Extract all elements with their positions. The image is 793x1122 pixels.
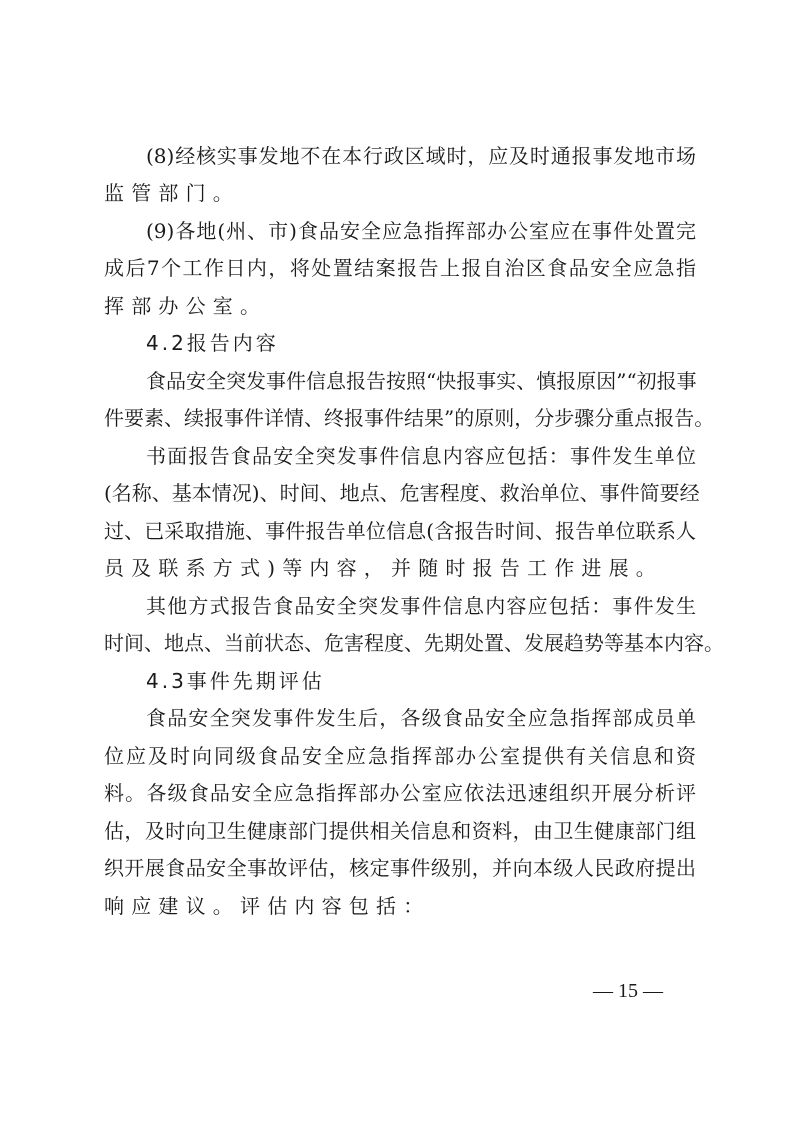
paragraph-4-2-1-line-2: 件要素、续报事件详情、终报事件结果”的原则，分步骤分重点报告。 bbox=[104, 403, 696, 433]
paragraph-item-8-line-1: (8)经核实事发地不在本行政区域时，应及时通报事发地市场 bbox=[146, 141, 696, 171]
paragraph-4-2-2-line-4: 员及联系方式)等内容，并随时报告工作进展。 bbox=[104, 553, 696, 583]
paragraph-4-2-3-line-1: 其他方式报告食品安全突发事件信息内容应包括：事件发生 bbox=[146, 591, 696, 621]
paragraph-4-3-1-line-1: 食品安全突发事件发生后，各级食品安全应急指挥部成员单 bbox=[146, 703, 696, 733]
paragraph-item-9-line-3: 挥部办公室。 bbox=[104, 291, 696, 321]
paragraph-item-9-line-1: (9)各地(州、市)食品安全应急指挥部办公室应在事件处置完 bbox=[146, 216, 696, 246]
paragraph-4-3-1-line-3: 料。各级食品安全应急指挥部办公室应依法迅速组织开展分析评 bbox=[104, 778, 696, 808]
paragraph-4-2-3-line-2: 时间、地点、当前状态、危害程度、先期处置、发展趋势等基本内容。 bbox=[104, 628, 696, 658]
paragraph-4-2-2-line-3: 过、已采取措施、事件报告单位信息(含报告时间、报告单位联系人 bbox=[104, 516, 696, 546]
paragraph-4-2-1-line-1: 食品安全突发事件信息报告按照“快报事实、慎报原因”“初报事 bbox=[146, 366, 696, 396]
paragraph-4-2-2-line-1: 书面报告食品安全突发事件信息内容应包括：事件发生单位 bbox=[146, 441, 696, 471]
paragraph-item-9-line-2: 成后7个工作日内，将处置结案报告上报自治区食品安全应急指 bbox=[104, 253, 696, 283]
paragraph-4-3-1-line-6: 响应建议。评估内容包括： bbox=[104, 891, 696, 921]
paragraph-item-8-line-2: 监管部门。 bbox=[104, 178, 696, 208]
page-number: — 15 — bbox=[593, 980, 663, 1003]
document-page: (8)经核实事发地不在本行政区域时，应及时通报事发地市场 监管部门。 (9)各地… bbox=[0, 0, 793, 1122]
paragraph-4-3-1-line-5: 织开展食品安全事故评估，核定事件级别，并向本级人民政府提出 bbox=[104, 853, 696, 883]
paragraph-4-2-2-line-2: (名称、基本情况)、时间、地点、危害程度、救治单位、事件简要经 bbox=[104, 478, 696, 508]
paragraph-4-3-1-line-2: 位应及时向同级食品安全应急指挥部办公室提供有关信息和资 bbox=[104, 741, 696, 771]
paragraph-4-3-1-line-4: 估，及时向卫生健康部门提供相关信息和资料，由卫生健康部门组 bbox=[104, 816, 696, 846]
section-heading-4-2: 4.2报告内容 bbox=[146, 328, 696, 358]
section-heading-4-3: 4.3事件先期评估 bbox=[146, 666, 696, 696]
